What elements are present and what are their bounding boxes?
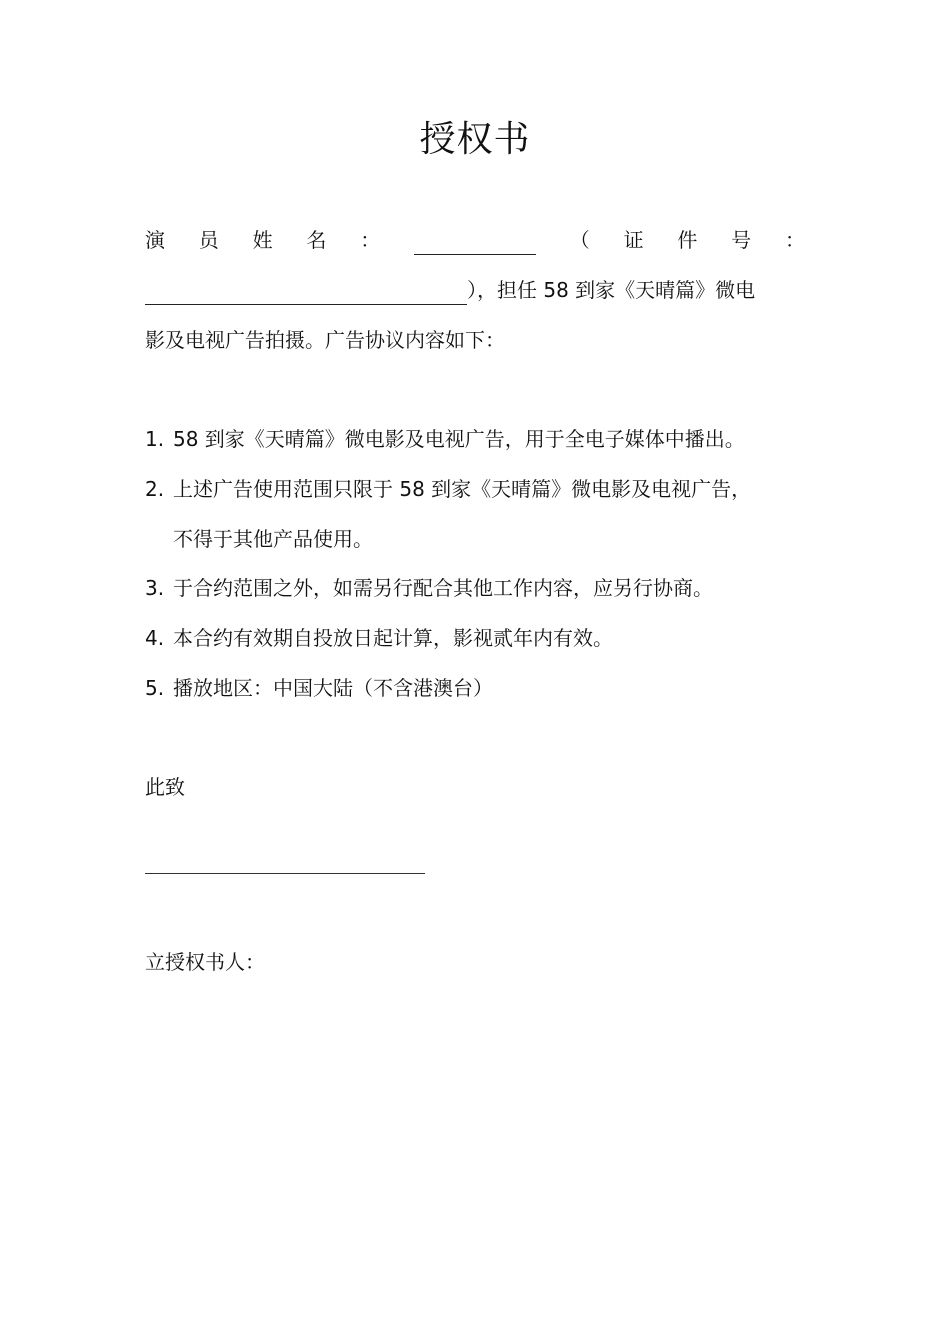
label-char: 名 — [306, 225, 326, 255]
recipient-blank[interactable] — [145, 873, 425, 874]
intro-text: ），担任 58 到家《天晴篇》微电 — [467, 278, 755, 302]
label-char: ： — [360, 225, 380, 255]
list-item: 1.58 到家《天晴篇》微电影及电视广告，用于全电子媒体中播出。 — [145, 424, 745, 454]
actor-name-line: 演 员 姓 名 ： （ 证 件 号 ： — [145, 225, 805, 255]
signatory-label: 立授权书人： — [145, 947, 265, 977]
list-item: 2.上述广告使用范围只限于 58 到家《天晴篇》微电影及电视广告， — [145, 474, 751, 504]
label-char: 件 — [677, 225, 697, 255]
actor-name-blank[interactable] — [414, 230, 536, 255]
label-char: 号 — [731, 225, 751, 255]
paren-open: （ — [570, 225, 590, 255]
closing: 此致 — [145, 772, 185, 802]
label-char: 姓 — [253, 225, 273, 255]
list-item: 3.于合约范围之外，如需另行配合其他工作内容，应另行协商。 — [145, 573, 713, 603]
label-char: 员 — [199, 225, 219, 255]
id-number-blank[interactable] — [145, 280, 467, 305]
document-title: 授权书 — [0, 114, 950, 166]
id-number-line: ），担任 58 到家《天晴篇》微电 — [145, 275, 755, 305]
intro-line-3: 影及电视广告拍摄。广告协议内容如下： — [145, 325, 505, 355]
list-item: 5.播放地区：中国大陆（不含港澳台） — [145, 673, 493, 703]
label-char: 证 — [624, 225, 644, 255]
list-item-continuation: 不得于其他产品使用。 — [145, 524, 373, 554]
label-char: 演 — [145, 225, 165, 255]
label-char: ： — [785, 225, 805, 255]
list-item: 4.本合约有效期自投放日起计算，影视贰年内有效。 — [145, 623, 613, 653]
